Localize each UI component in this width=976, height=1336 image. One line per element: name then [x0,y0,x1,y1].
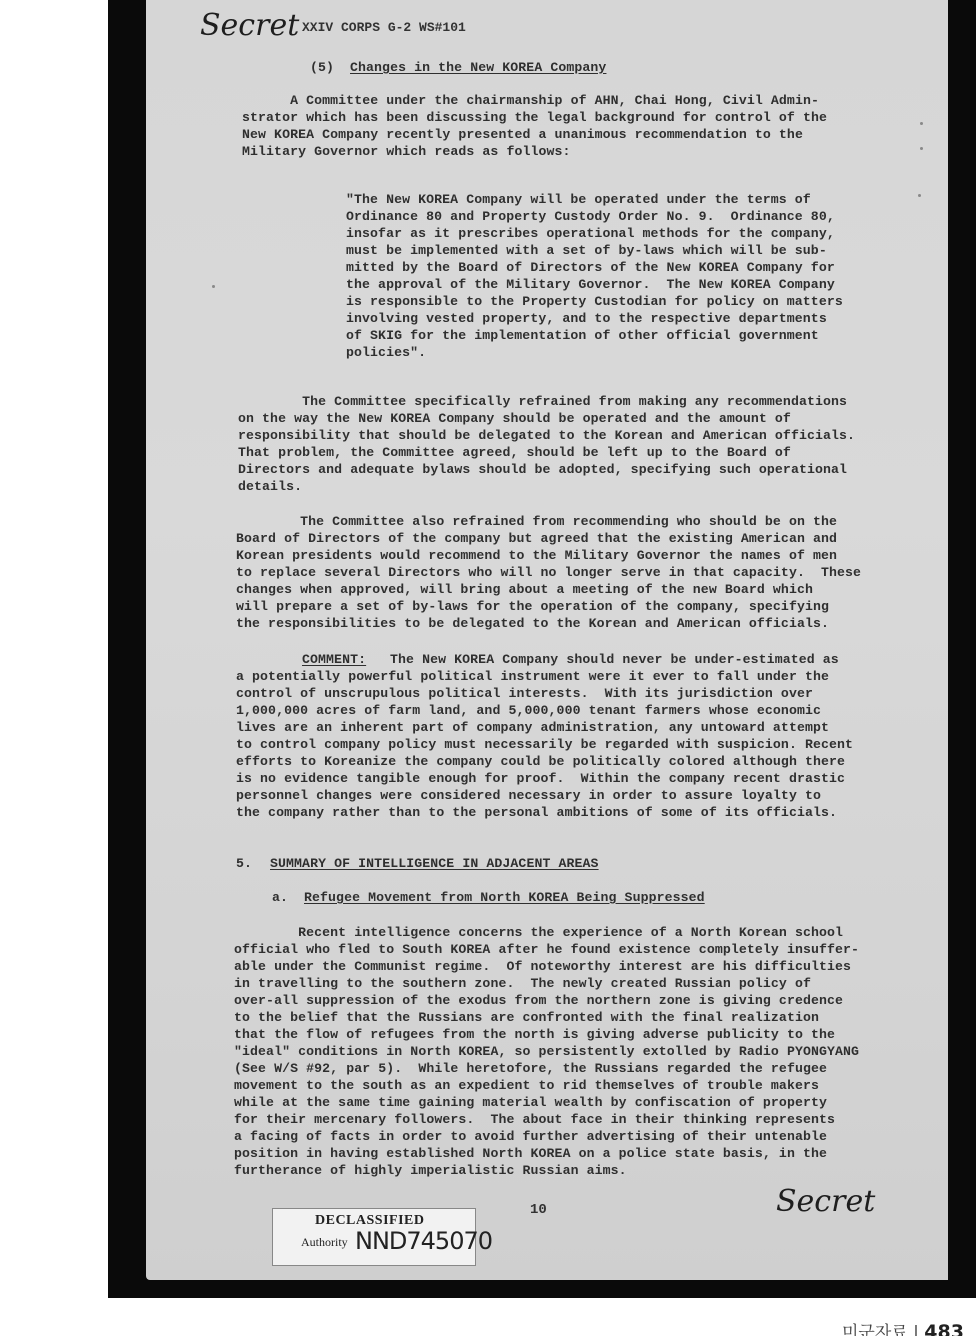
text-line: New KOREA Company recently presented a u… [242,127,803,144]
text-line: The New KOREA Company should never be un… [374,652,839,669]
text-line: lives are an inherent part of company ad… [236,720,829,737]
text-line: Recent intelligence concerns the experie… [234,925,843,942]
text-line: movement to the south as an expedient to… [234,1078,819,1095]
scan-speck [920,147,923,150]
scan-speck [212,285,215,288]
declassified-stamp: DECLASSIFIED Authority NND745070 [272,1208,476,1266]
text-line: on the way the New KOREA Company should … [238,411,791,428]
text-line: will prepare a set of by-laws for the op… [236,599,829,616]
text-line: insofar as it prescribes operational met… [346,226,835,243]
text-line: position in having established North KOR… [234,1146,827,1163]
text-line: to the belief that the Russians are conf… [234,1010,819,1027]
text-line: Korean presidents would recommend to the… [236,548,837,565]
book-section-label: 미군자료 [842,1323,908,1336]
subsection-number: (5) [310,60,334,77]
text-line: responsibility that should be delegated … [238,428,855,445]
text-line: Ordinance 80 and Property Custody Order … [346,209,835,226]
text-line: while at the same time gaining material … [234,1095,827,1112]
text-line: strator which has been discussing the le… [242,110,827,127]
stamp-label: Authority [301,1235,348,1250]
text-line: is responsible to the Property Custodian… [346,294,843,311]
text-line: in travelling to the southern zone. The … [234,976,811,993]
text-line: to replace several Directors who will no… [236,565,861,582]
text-line: able under the Communist regime. Of note… [234,959,851,976]
text-line: a potentially powerful political instrum… [236,669,829,686]
separator: | [913,1323,919,1336]
text-line: the company rather than to the personal … [236,805,837,822]
text-line: changes when approved, will bring about … [236,582,813,599]
section-number: 5. [236,856,252,873]
text-line: The Committee specifically refrained fro… [238,394,847,411]
text-line: Directors and adequate bylaws should be … [238,462,847,479]
section-title: SUMMARY OF INTELLIGENCE IN ADJACENT AREA… [270,856,599,873]
page-number: 10 [530,1202,547,1218]
text-line: efforts to Koreanize the company could b… [236,754,845,771]
text-line: must be implemented with a set of by-law… [346,243,827,260]
book-page-number: 483 [924,1321,964,1336]
text-line: 1,000,000 acres of farm land, and 5,000,… [236,703,821,720]
book-page-footer: 미군자료 | 483 [842,1318,964,1336]
text-line: mitted by the Board of Directors of the … [346,260,835,277]
text-line: details. [238,479,302,496]
text-line: Board of Directors of the company but ag… [236,531,837,548]
text-line: for their mercenary followers. The about… [234,1112,835,1129]
subsection-letter: a. [272,890,288,907]
text-line: policies". [346,345,426,362]
header-reference: XXIV CORPS G-2 WS#101 [302,20,466,35]
text-line: over-all suppression of the exodus from … [234,993,843,1010]
scan-speck [920,122,923,125]
text-line: "The New KOREA Company will be operated … [346,192,811,209]
text-line: a facing of facts in order to avoid furt… [234,1129,827,1146]
subsection-title: Changes in the New KOREA Company [350,60,606,77]
text-line: "ideal" conditions in North KOREA, so pe… [234,1044,859,1061]
text-line: furtherance of highly imperialistic Russ… [234,1163,627,1180]
stamp-authority-number: NND745070 [355,1227,492,1255]
comment-label: COMMENT: [302,652,366,669]
text-line: A Committee under the chairmanship of AH… [242,93,819,110]
text-line: is no evidence tangible enough for proof… [236,771,845,788]
text-line: the responsibilities to be delegated to … [236,616,829,633]
scan-speck [918,194,921,197]
text-line: to control company policy must necessari… [236,737,853,754]
text-line: The Committee also refrained from recomm… [236,514,837,531]
text-line: Military Governor which reads as follows… [242,144,571,161]
footer-signature: Secret [776,1184,875,1219]
text-line: That problem, the Committee agreed, shou… [238,445,791,462]
text-line: involving vested property, and to the re… [346,311,827,328]
text-line: control of unscrupulous political intere… [236,686,813,703]
text-line: official who fled to South KOREA after h… [234,942,859,959]
text-line: of SKIG for the implementation of other … [346,328,819,345]
text-line: (See W/S #92, par 5). While heretofore, … [234,1061,827,1078]
text-line: personnel changes were considered necess… [236,788,821,805]
text-line: that the flow of refugees from the north… [234,1027,835,1044]
subsection-a-title: Refugee Movement from North KOREA Being … [304,890,705,907]
header-signature: Secret [200,8,299,43]
text-line: the approval of the Military Governor. T… [346,277,835,294]
